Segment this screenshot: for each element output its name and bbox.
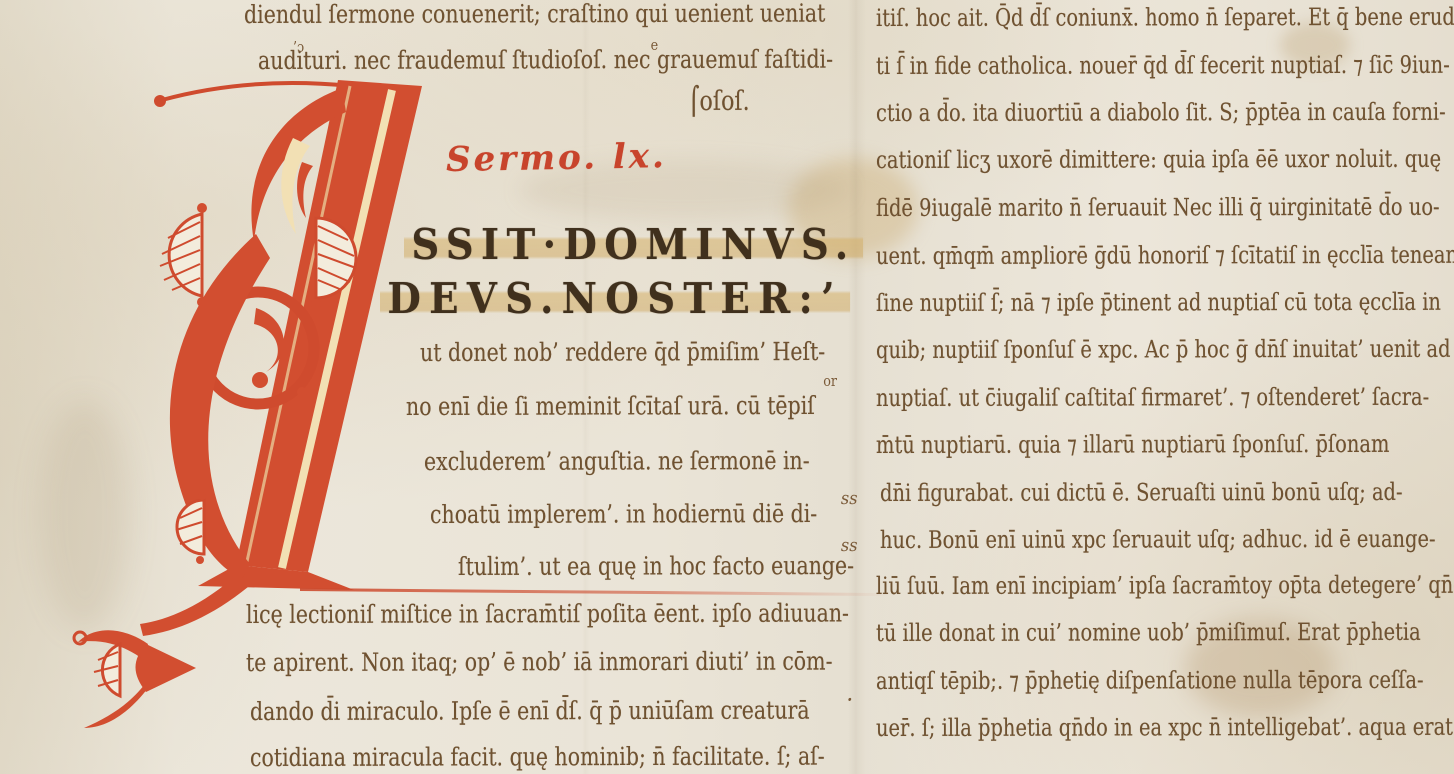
manuscript-page: diendul ſermone conuenerit; craſtino qui… <box>0 0 1454 774</box>
text-line: huc. Bonū enī uinū xpc ſeruauit uſq; adh… <box>880 525 1436 554</box>
rubric-heading: Sermo. lx. <box>446 136 668 180</box>
text-line: fidē 9iugalē marito n̄ ſeruauit Nec illi… <box>876 193 1440 222</box>
text-line: m̄tū nuptiarū. quia ⁊ illarū nuptiarū ſp… <box>876 430 1389 459</box>
text-line: nuptiaſ. ut c̄iugaliſ caſtitaſ firmaret’… <box>876 383 1429 412</box>
text-line-turnover: ⌠oſoſ. <box>688 86 750 117</box>
text-line: ſtulim’. ut ea quę in hoc facto euange- <box>458 551 854 581</box>
quote-mark: ss <box>841 535 858 556</box>
display-capitals-line-2: DEVS.NOSTER:’ <box>380 274 850 323</box>
quote-mark: ss <box>841 488 858 509</box>
text-line: ſine nuptiiſ ſ̄; nā ⁊ ipſe p̄tinent ad n… <box>876 288 1441 317</box>
display-capitals-line-1: SSIT·DOMINVS. <box>404 220 863 269</box>
text-line: diendul ſermone conuenerit; craſtino qui… <box>244 0 825 29</box>
text-line: ti ſ̄ in fide catholica. nouer̄ q̄d d̄ſ … <box>876 51 1450 80</box>
paragraph-dot: · <box>846 686 853 714</box>
interlinear-correction: or <box>823 372 837 390</box>
text-line: quib; nuptiiſ ſponſuſ ē xpc. Ac p̄ hoc ḡ… <box>876 335 1451 364</box>
text-line: excluderem’ anguſtia. ne ſermonē in- <box>424 446 810 476</box>
text-line: cotidiana miracula facit. quę hominib; n… <box>250 742 825 772</box>
interlinear-mark: e <box>651 36 659 54</box>
text-line: licę lectioniſ miſtice in ſacram̄tiſ poſ… <box>246 598 849 629</box>
text-line: ctio a d̄o. ita diuortiū a diabolo ſit. … <box>876 98 1446 127</box>
text-line: ut donet nob’ reddere q̄d p̄miſim’ Heſt- <box>420 337 825 367</box>
text-line: itiſ. hoc ait. Q̄d d̄ſ coniunx̄. homo n̄… <box>876 3 1454 32</box>
text-line: no enī die ſi meminit ſcītaſ urā. cū tēp… <box>406 391 815 421</box>
interlinear-mark: ’ɔ <box>293 38 304 56</box>
gutter-crease <box>848 0 866 774</box>
text-line: tū ille donat in cui’ nomine uob’ p̄miſi… <box>876 618 1421 647</box>
text-line: te apirent. Non itaq; op’ ē nob’ iā inmo… <box>246 647 833 677</box>
text-line: uent. qm̄qm̄ ampliorē ḡdū honoriſ ⁊ ſcīt… <box>876 241 1454 270</box>
text-line: antiqſ tēpib;. ⁊ p̄phetię diſpenſatione … <box>876 666 1424 695</box>
text-line: choatū implerem’. in hodiernū diē di- <box>430 499 817 529</box>
text-line: liū ſuū. Iam enī incipiam’ ipſa ſacram̄t… <box>876 571 1454 600</box>
text-line: uer̄. ſ; illa p̄phetia qn̄do in ea xpc n… <box>876 713 1453 742</box>
text-line: dn̄i figurabat. cui dictū ē. Seruaſti ui… <box>880 478 1403 507</box>
text-line: dando d̄i miraculo. Ipſe ē enī d̄ſ. q̄ p… <box>250 696 810 726</box>
text-line: cationiſ licʒ uxorē dimittere: quia ipſa… <box>876 145 1441 174</box>
